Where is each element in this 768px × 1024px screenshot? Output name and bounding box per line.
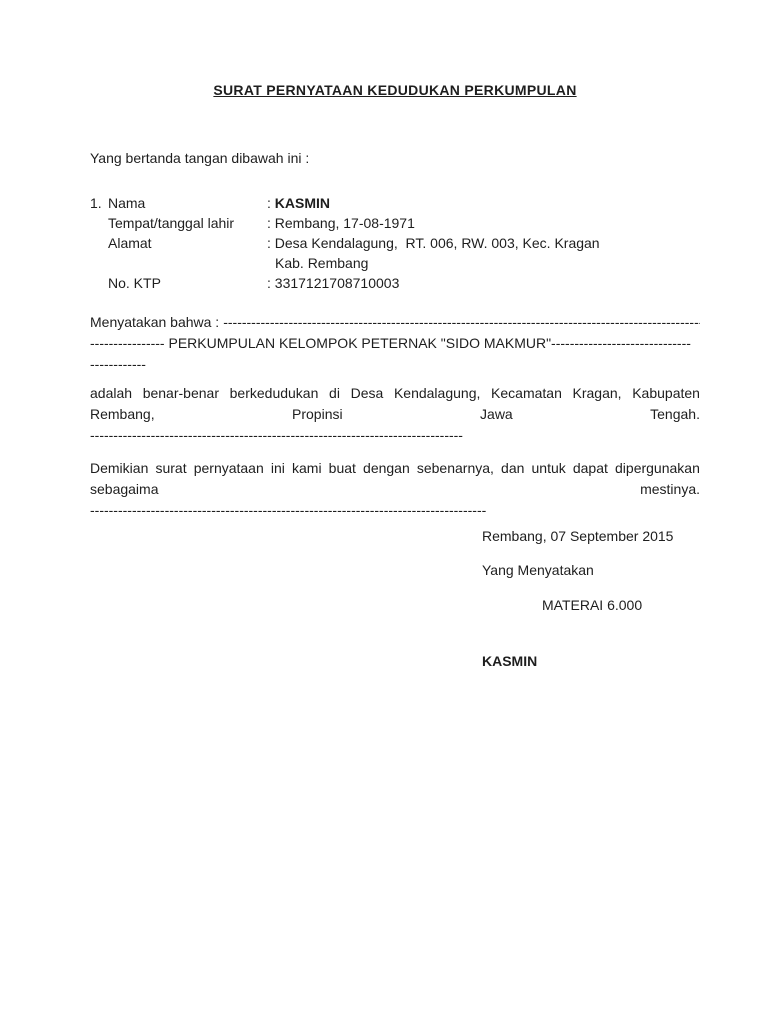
signature-place-date: Rembang, 07 September 2015 bbox=[482, 528, 700, 545]
identity-value: : Desa Kendalagung, RT. 006, RW. 003, Ke… bbox=[267, 233, 700, 273]
identity-row-number bbox=[90, 233, 108, 273]
identity-label: Nama bbox=[108, 193, 267, 213]
identity-value-name: KASMIN bbox=[275, 195, 330, 211]
signature-stamp-label: MATERAI 6.000 bbox=[542, 597, 700, 614]
identity-row-ktp: No. KTP : 3317121708710003 bbox=[90, 273, 700, 293]
identity-row-number: 1. bbox=[90, 193, 108, 213]
identity-label: No. KTP bbox=[108, 273, 267, 293]
declaration-subject-line: ---------------- PERKUMPULAN KELOMPOK PE… bbox=[90, 333, 700, 354]
declaration-dashes-tail: ------------ bbox=[90, 354, 700, 375]
identity-label: Alamat bbox=[108, 233, 267, 273]
declaration-intro: Menyatakan bahwa : bbox=[90, 312, 219, 333]
domicile-dashes: ----------------------------------------… bbox=[90, 425, 700, 446]
closing-paragraph: Demikiansuratpernyataaninikamibuatdengan… bbox=[90, 458, 700, 521]
opening-line: Yang bertanda tangan dibawah ini : bbox=[90, 150, 700, 167]
identity-value-line1: : Desa Kendalagung, RT. 006, RW. 003, Ke… bbox=[267, 233, 700, 253]
signature-declarer-label: Yang Menyatakan bbox=[482, 562, 700, 579]
identity-row-ttl: Tempat/tanggal lahir : Rembang, 17-08-19… bbox=[90, 213, 700, 233]
identity-value-line2: Kab. Rembang bbox=[267, 253, 700, 273]
identity-value: : 3317121708710003 bbox=[267, 273, 700, 293]
signature-block: Rembang, 07 September 2015 Yang Menyatak… bbox=[482, 528, 700, 670]
domicile-paragraph: adalahbenar-benarberkedudukandiDesaKenda… bbox=[90, 383, 700, 446]
identity-label: Tempat/tanggal lahir bbox=[108, 213, 267, 233]
declaration-block: Menyatakan bahwa : ---------------------… bbox=[90, 312, 700, 375]
document-page: SURAT PERNYATAAN KEDUDUKAN PERKUMPULAN Y… bbox=[0, 0, 768, 1024]
identity-row-nama: 1. Nama : KASMIN bbox=[90, 193, 700, 213]
domicile-line2: Rembang,PropinsiJawaTengah. bbox=[90, 404, 700, 425]
closing-line2: sebagaimamestinya. bbox=[90, 479, 700, 500]
closing-dashes: ----------------------------------------… bbox=[90, 500, 700, 521]
document-title: SURAT PERNYATAAN KEDUDUKAN PERKUMPULAN bbox=[90, 82, 700, 99]
signature-name: KASMIN bbox=[482, 653, 700, 670]
declaration-intro-line: Menyatakan bahwa : ---------------------… bbox=[90, 312, 700, 333]
domicile-line1: adalahbenar-benarberkedudukandiDesaKenda… bbox=[90, 383, 700, 404]
identity-row-number bbox=[90, 213, 108, 233]
identity-value: : KASMIN bbox=[267, 193, 700, 213]
closing-line1: Demikiansuratpernyataaninikamibuatdengan… bbox=[90, 458, 700, 479]
identity-block: 1. Nama : KASMIN Tempat/tanggal lahir : … bbox=[90, 193, 700, 293]
identity-value: : Rembang, 17-08-1971 bbox=[267, 213, 700, 233]
identity-row-number bbox=[90, 273, 108, 293]
declaration-dashes-fill: ----------------------------------------… bbox=[223, 312, 700, 333]
identity-row-alamat: Alamat : Desa Kendalagung, RT. 006, RW. … bbox=[90, 233, 700, 273]
